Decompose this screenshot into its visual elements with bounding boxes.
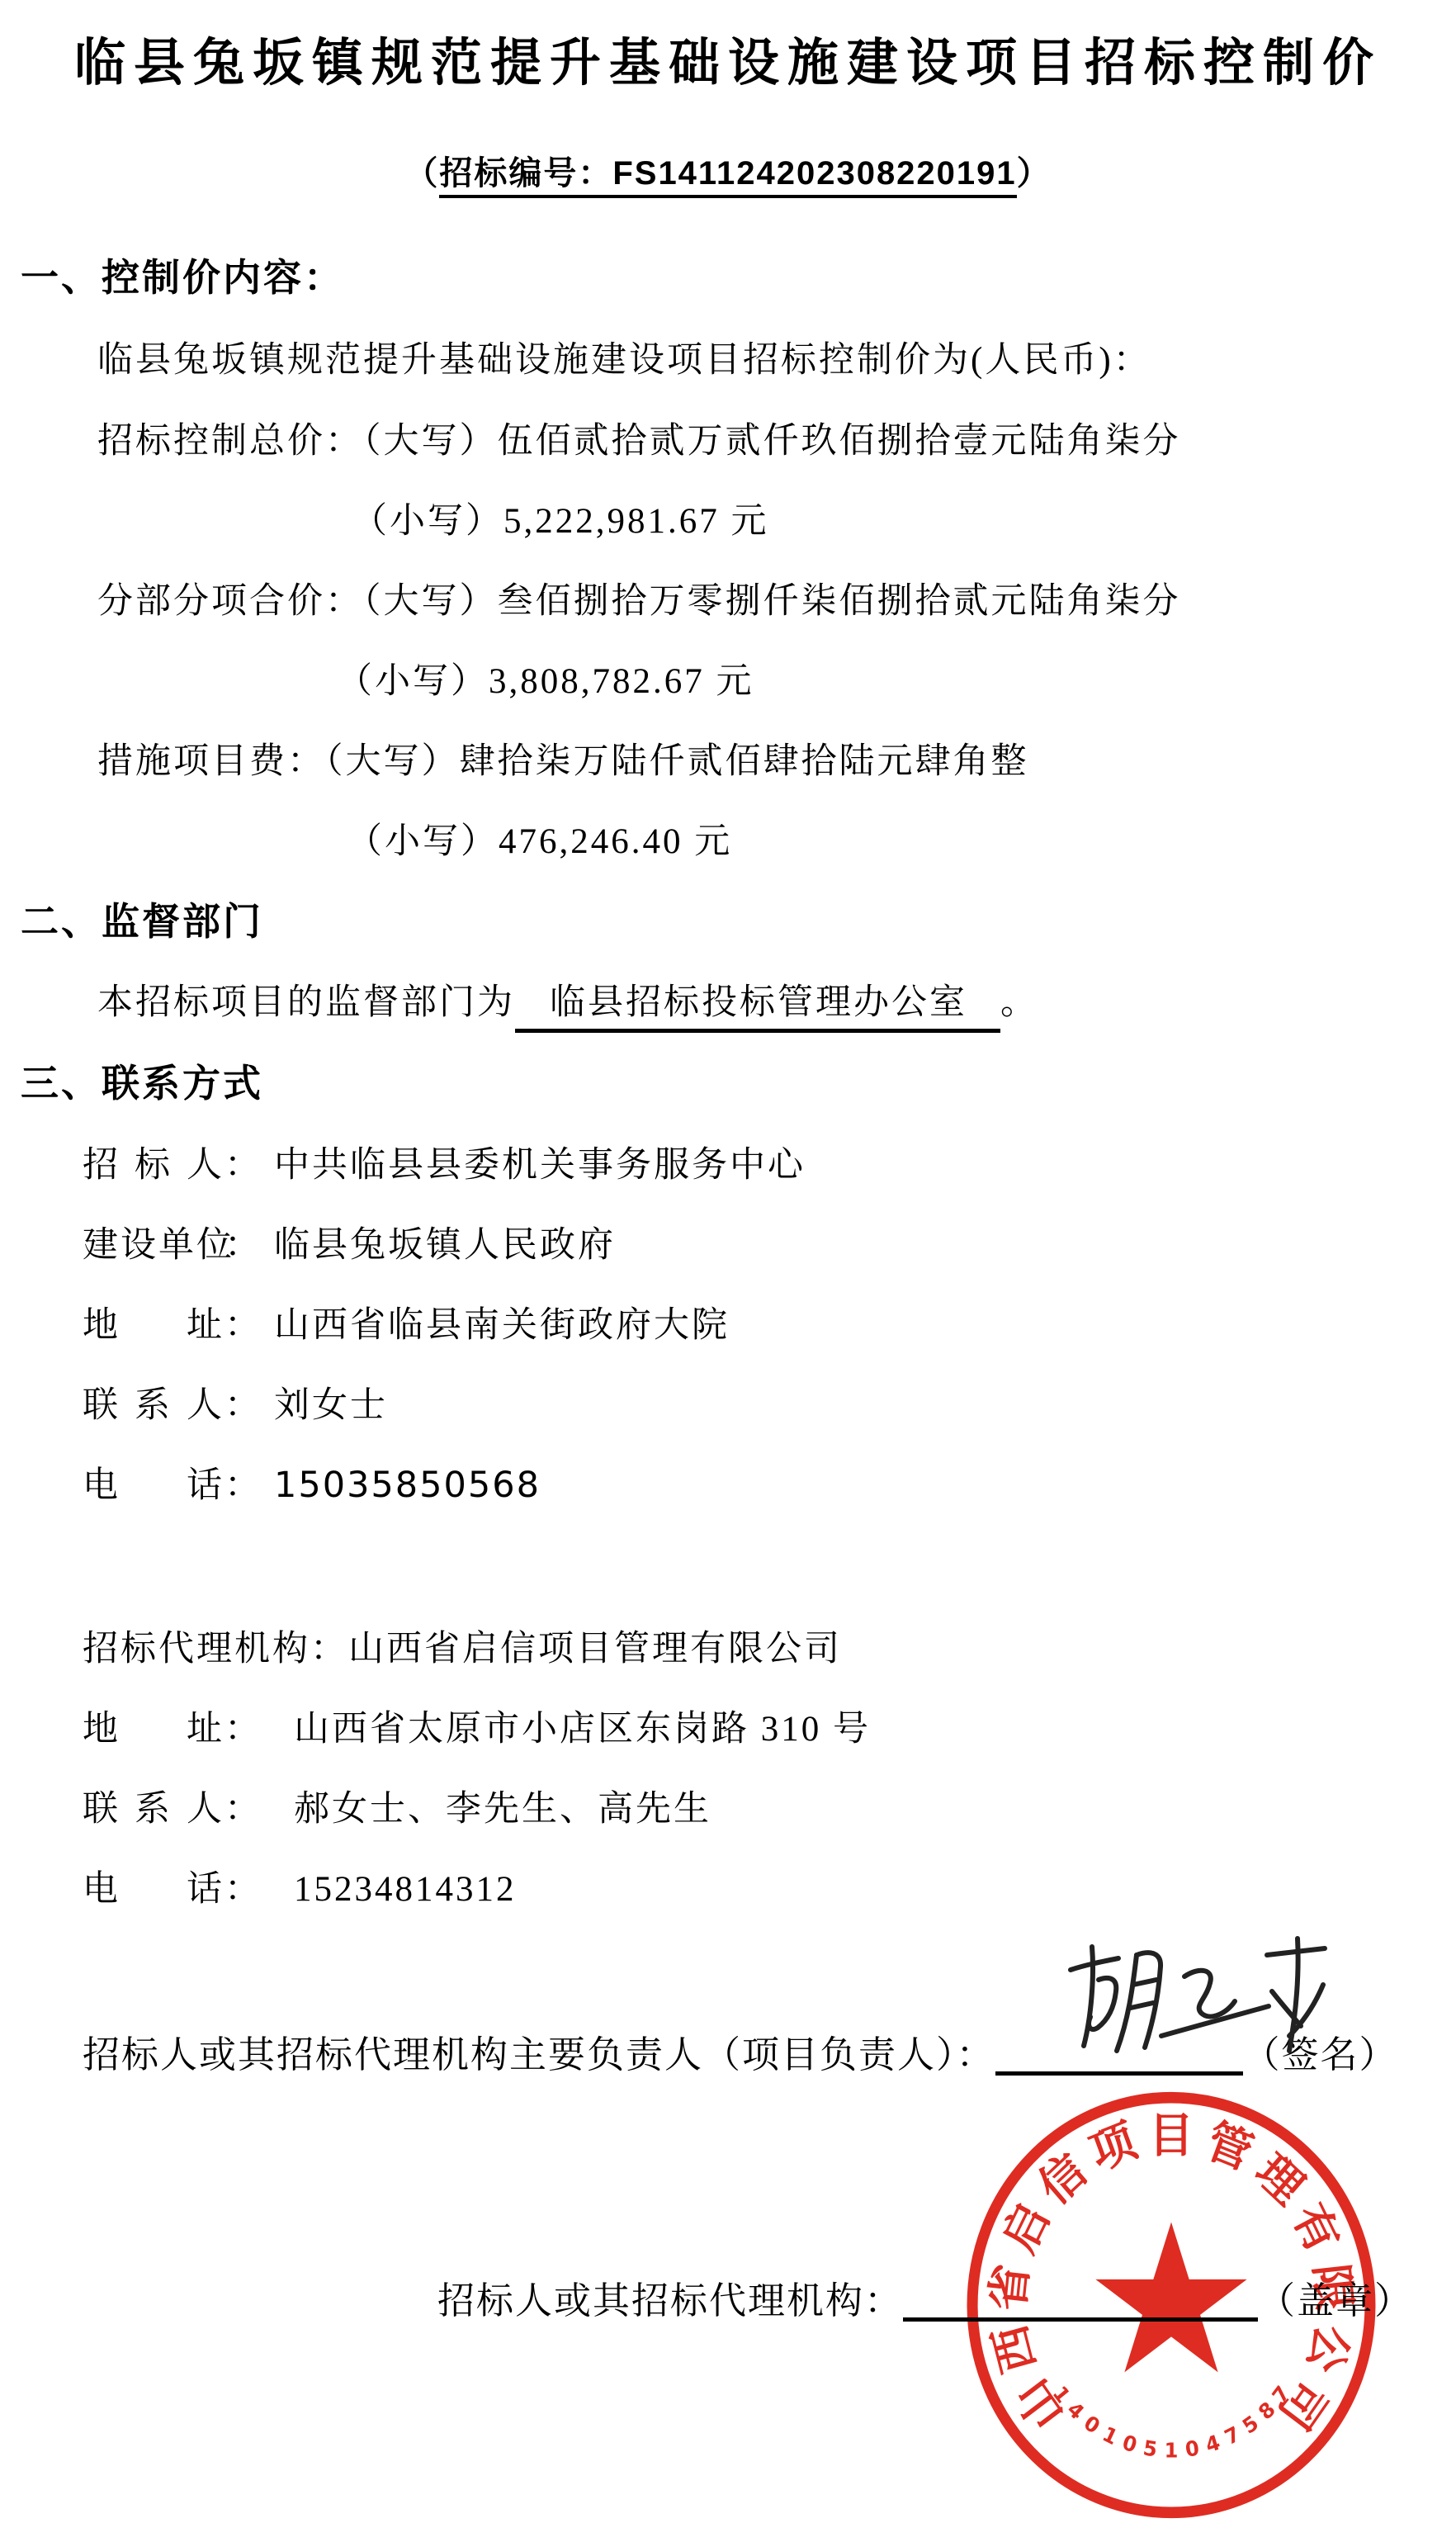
svg-text:5: 5 (1238, 2411, 1263, 2439)
tenderer-colon: ： (225, 1146, 262, 1185)
total-price-daxie: 招标控制总价：（大写）伍佰贰拾贰万贰仟玖佰捌拾壹元陆角柒分 (97, 413, 1181, 463)
section1-heading: 一、控制价内容： (21, 248, 344, 302)
agency-phone-row: 电话：15234814312 (83, 1861, 517, 1911)
phone-value: 15035850568 (274, 1465, 541, 1506)
tenderer-row: 招标人：中共临县县委机关事务服务中心 (83, 1137, 806, 1187)
cs-price-daxie: 措施项目费：（大写）肆拾柒万陆仟贰佰肆拾陆元肆角整 (97, 733, 1029, 783)
leader-sign-label: 招标人或其招标代理机构主要负责人（项目负责人）： (83, 2034, 995, 2076)
agency-label: 招标代理机构 (83, 1630, 310, 1669)
section3-heading: 三、联系方式 (21, 1053, 263, 1108)
agency-value: 山西省启信项目管理有限公司 (348, 1630, 842, 1669)
agency-person-row: 联系人：郝女士、李先生、高先生 (83, 1781, 711, 1831)
agency-phone-label: 电话 (83, 1861, 225, 1911)
cs-price-xiaoxie: （小写）476,246.40 元 (347, 813, 732, 864)
agency-person-value: 郝女士、李先生、高先生 (294, 1790, 711, 1829)
person-value: 刘女士 (274, 1386, 388, 1425)
builder-row: 建设单位：临县兔坂镇人民政府 (83, 1217, 616, 1267)
svg-text:西: 西 (985, 2320, 1045, 2379)
svg-text:公: 公 (1298, 2320, 1359, 2379)
svg-text:启: 启 (994, 2195, 1059, 2260)
star-icon (1095, 2222, 1246, 2372)
handwritten-signature (1061, 1925, 1350, 2070)
agency-person-label: 联系人 (83, 1781, 225, 1831)
person-row: 联系人：刘女士 (83, 1377, 388, 1427)
agency-colon: ： (310, 1630, 348, 1669)
fbfx-price-xiaoxie: （小写）3,808,782.67 元 (337, 653, 754, 703)
bid-number-underlined: 招标编号：FS141124202308220191 (439, 155, 1016, 198)
bid-number: （招标编号：FS141124202308220191） (0, 147, 1456, 194)
agency-address-label: 地址 (83, 1701, 225, 1751)
agency-row: 招标代理机构：山西省启信项目管理有限公司 (83, 1621, 842, 1671)
seal-code-text: 1401051047587 (1048, 2381, 1294, 2462)
address-label: 地址 (83, 1297, 225, 1347)
svg-text:管: 管 (1199, 2114, 1259, 2180)
supervision-prefix: 本招标项目的监督部门为 (97, 983, 515, 1022)
svg-text:项: 项 (1083, 2114, 1143, 2180)
svg-text:4: 4 (1203, 2430, 1222, 2457)
address-value: 山西省临县南关街政府大院 (274, 1306, 730, 1345)
svg-text:7: 7 (1221, 2421, 1244, 2450)
agency-address-row: 地址：山西省太原市小店区东岗路 310 号 (83, 1701, 871, 1751)
svg-text:0: 0 (1184, 2435, 1201, 2462)
bid-number-close-paren: ） (1017, 155, 1052, 192)
svg-text:0: 0 (1120, 2430, 1140, 2457)
svg-text:5: 5 (1142, 2435, 1159, 2462)
svg-text:省: 省 (982, 2261, 1037, 2313)
svg-text:0: 0 (1080, 2411, 1104, 2439)
phone-row: 电话：15035850568 (83, 1457, 541, 1508)
fbfx-price-daxie: 分部分项合价：（大写）叁佰捌拾万零捌仟柒佰捌拾贰元陆角柒分 (97, 573, 1181, 623)
person-label: 联系人 (83, 1377, 225, 1427)
agency-address-value: 山西省太原市小店区东岗路 310 号 (294, 1710, 871, 1749)
supervision-department: 临县招标投标管理办公室 (515, 983, 1000, 1033)
supervision-suffix: 。 (1000, 983, 1038, 1022)
supervision-line: 本招标项目的监督部门为临县招标投标管理办公室。 (97, 974, 1038, 1025)
agency-phone-value: 15234814312 (294, 1870, 517, 1909)
tenderer-value: 中共临县县委机关事务服务中心 (274, 1146, 806, 1185)
phone-label: 电话 (83, 1457, 225, 1508)
agency-address-colon: ： (225, 1710, 262, 1749)
stamp-label: 招标人或其招标代理机构： (437, 2280, 903, 2322)
document-page: 临县兔坂镇规范提升基础设施建设项目招标控制价 （招标编号：FS141124202… (0, 0, 1456, 2542)
leader-signature-field (995, 2071, 1243, 2076)
agency-person-colon: ： (225, 1790, 262, 1829)
bid-number-open-paren: （ (404, 155, 439, 192)
builder-colon: ： (225, 1226, 262, 1265)
address-colon: ： (225, 1306, 262, 1345)
company-seal: 山西省启信项目管理有限公司 1401051047587 (961, 2085, 1382, 2525)
price-intro: 临县兔坂镇规范提升基础设施建设项目招标控制价为(人民币)： (97, 332, 1151, 382)
phone-colon: ： (225, 1466, 262, 1505)
svg-text:限: 限 (1306, 2261, 1360, 2313)
svg-text:目: 目 (1149, 2109, 1194, 2161)
section2-heading: 二、监督部门 (21, 892, 263, 946)
svg-text:1: 1 (1099, 2421, 1122, 2450)
address-row: 地址：山西省临县南关街政府大院 (83, 1297, 730, 1347)
builder-value: 临县兔坂镇人民政府 (274, 1226, 616, 1265)
tenderer-label: 招标人 (83, 1137, 225, 1187)
builder-label: 建设单位 (83, 1217, 225, 1267)
person-colon: ： (225, 1386, 262, 1425)
total-price-xiaoxie: （小写）5,222,981.67 元 (352, 493, 769, 543)
agency-phone-colon: ： (225, 1870, 262, 1909)
page-title: 临县兔坂镇规范提升基础设施建设项目招标控制价 (0, 21, 1456, 95)
svg-text:有: 有 (1283, 2195, 1349, 2260)
svg-text:1: 1 (1165, 2438, 1179, 2463)
